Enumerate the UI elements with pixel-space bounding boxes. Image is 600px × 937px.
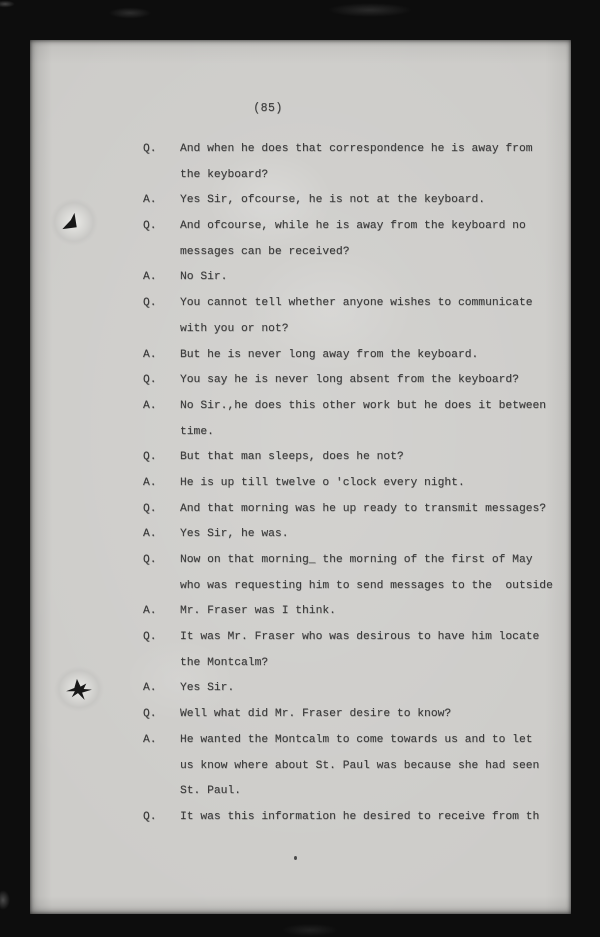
page-number: (85) [228, 102, 308, 115]
line-text: No Sir.,he does this other work but he d… [180, 400, 553, 412]
line-text: Yes Sir. [180, 682, 553, 694]
line-text: Now on that morning_ the morning of the … [180, 554, 553, 566]
transcript-line: Q. And ofcourse, while he is away from t… [143, 220, 553, 246]
line-text: messages can be received? [180, 246, 553, 258]
speaker-label: A. [143, 271, 180, 283]
line-text: It was this information he desired to re… [180, 811, 553, 823]
line-text: us know where about St. Paul was because… [180, 760, 553, 772]
speaker-label: A. [143, 605, 180, 617]
transcript-line: Q. And when he does that correspondence … [143, 143, 553, 169]
transcript-line: who was requesting him to send messages … [143, 580, 553, 606]
line-text: It was Mr. Fraser who was desirous to ha… [180, 631, 553, 643]
transcript-line: Q. You cannot tell whether anyone wishes… [143, 297, 553, 323]
line-text: And ofcourse, while he is away from the … [180, 220, 553, 232]
transcript-line: A. Yes Sir, he was. [143, 528, 553, 554]
speaker-label: A. [143, 349, 180, 361]
transcript-line: A. No Sir. [143, 271, 553, 297]
speaker-label: A. [143, 477, 180, 489]
line-text: time. [180, 426, 553, 438]
speaker-label: A. [143, 194, 180, 206]
transcript-line: Q. You say he is never long absent from … [143, 374, 553, 400]
speaker-label: Q. [143, 708, 180, 720]
transcript-line: Q. Now on that morning_ the morning of t… [143, 554, 553, 580]
line-text: You say he is never long absent from the… [180, 374, 553, 386]
speaker-label: Q. [143, 297, 180, 309]
line-text: with you or not? [180, 323, 553, 335]
transcript-line: A. He wanted the Montcalm to come toward… [143, 734, 553, 760]
transcript-line: the Montcalm? [143, 657, 553, 683]
transcript-line: St. Paul. [143, 785, 553, 811]
transcript-line: A. Mr. Fraser was I think. [143, 605, 553, 631]
line-text: Mr. Fraser was I think. [180, 605, 553, 617]
speaker-label: A. [143, 400, 180, 412]
scanner-background: { "page_number": "(85)", "transcript": {… [0, 0, 600, 937]
transcript-line: A. No Sir.,he does this other work but h… [143, 400, 553, 426]
speaker-label: A. [143, 682, 180, 694]
transcript-line: A. But he is never long away from the ke… [143, 349, 553, 375]
transcript-line: A. Yes Sir, ofcourse, he is not at the k… [143, 194, 553, 220]
document-page: (85) Q. And when he does that correspond… [30, 40, 571, 914]
line-text: And that morning was he up ready to tran… [180, 503, 553, 515]
transcript-line: time. [143, 426, 553, 452]
transcript-line: messages can be received? [143, 246, 553, 272]
line-text: Yes Sir, ofcourse, he is not at the keyb… [180, 194, 553, 206]
testimony-transcript: Q. And when he does that correspondence … [143, 143, 553, 837]
transcript-line: Q. It was this information he desired to… [143, 811, 553, 837]
transcript-line: us know where about St. Paul was because… [143, 760, 553, 786]
transcript-line: Q. And that morning was he up ready to t… [143, 503, 553, 529]
line-text: the Montcalm? [180, 657, 553, 669]
line-text: And when he does that correspondence he … [180, 143, 553, 155]
speaker-label: Q. [143, 554, 180, 566]
line-text: the keyboard? [180, 169, 553, 181]
speaker-label: Q. [143, 631, 180, 643]
line-text: But that man sleeps, does he not? [180, 451, 553, 463]
speaker-label: Q. [143, 503, 180, 515]
transcript-line: A. Yes Sir. [143, 682, 553, 708]
line-text: He is up till twelve o 'clock every nigh… [180, 477, 553, 489]
speaker-label: Q. [143, 220, 180, 232]
line-text: who was requesting him to send messages … [180, 580, 553, 592]
transcript-line: with you or not? [143, 323, 553, 349]
transcript-line: the keyboard? [143, 169, 553, 195]
line-text: St. Paul. [180, 785, 553, 797]
speaker-label: Q. [143, 451, 180, 463]
transcript-line: A. He is up till twelve o 'clock every n… [143, 477, 553, 503]
line-text: He wanted the Montcalm to come towards u… [180, 734, 553, 746]
speaker-label: Q. [143, 811, 180, 823]
transcript-line: Q. But that man sleeps, does he not? [143, 451, 553, 477]
speaker-label: Q. [143, 143, 180, 155]
line-text: No Sir. [180, 271, 553, 283]
speaker-label: Q. [143, 374, 180, 386]
line-text: Yes Sir, he was. [180, 528, 553, 540]
line-text: Well what did Mr. Fraser desire to know? [180, 708, 553, 720]
transcript-line: Q. It was Mr. Fraser who was desirous to… [143, 631, 553, 657]
speaker-label: A. [143, 528, 180, 540]
speaker-label: A. [143, 734, 180, 746]
line-text: You cannot tell whether anyone wishes to… [180, 297, 553, 309]
line-text: But he is never long away from the keybo… [180, 349, 553, 361]
speck-mark [294, 856, 297, 860]
transcript-line: Q. Well what did Mr. Fraser desire to kn… [143, 708, 553, 734]
